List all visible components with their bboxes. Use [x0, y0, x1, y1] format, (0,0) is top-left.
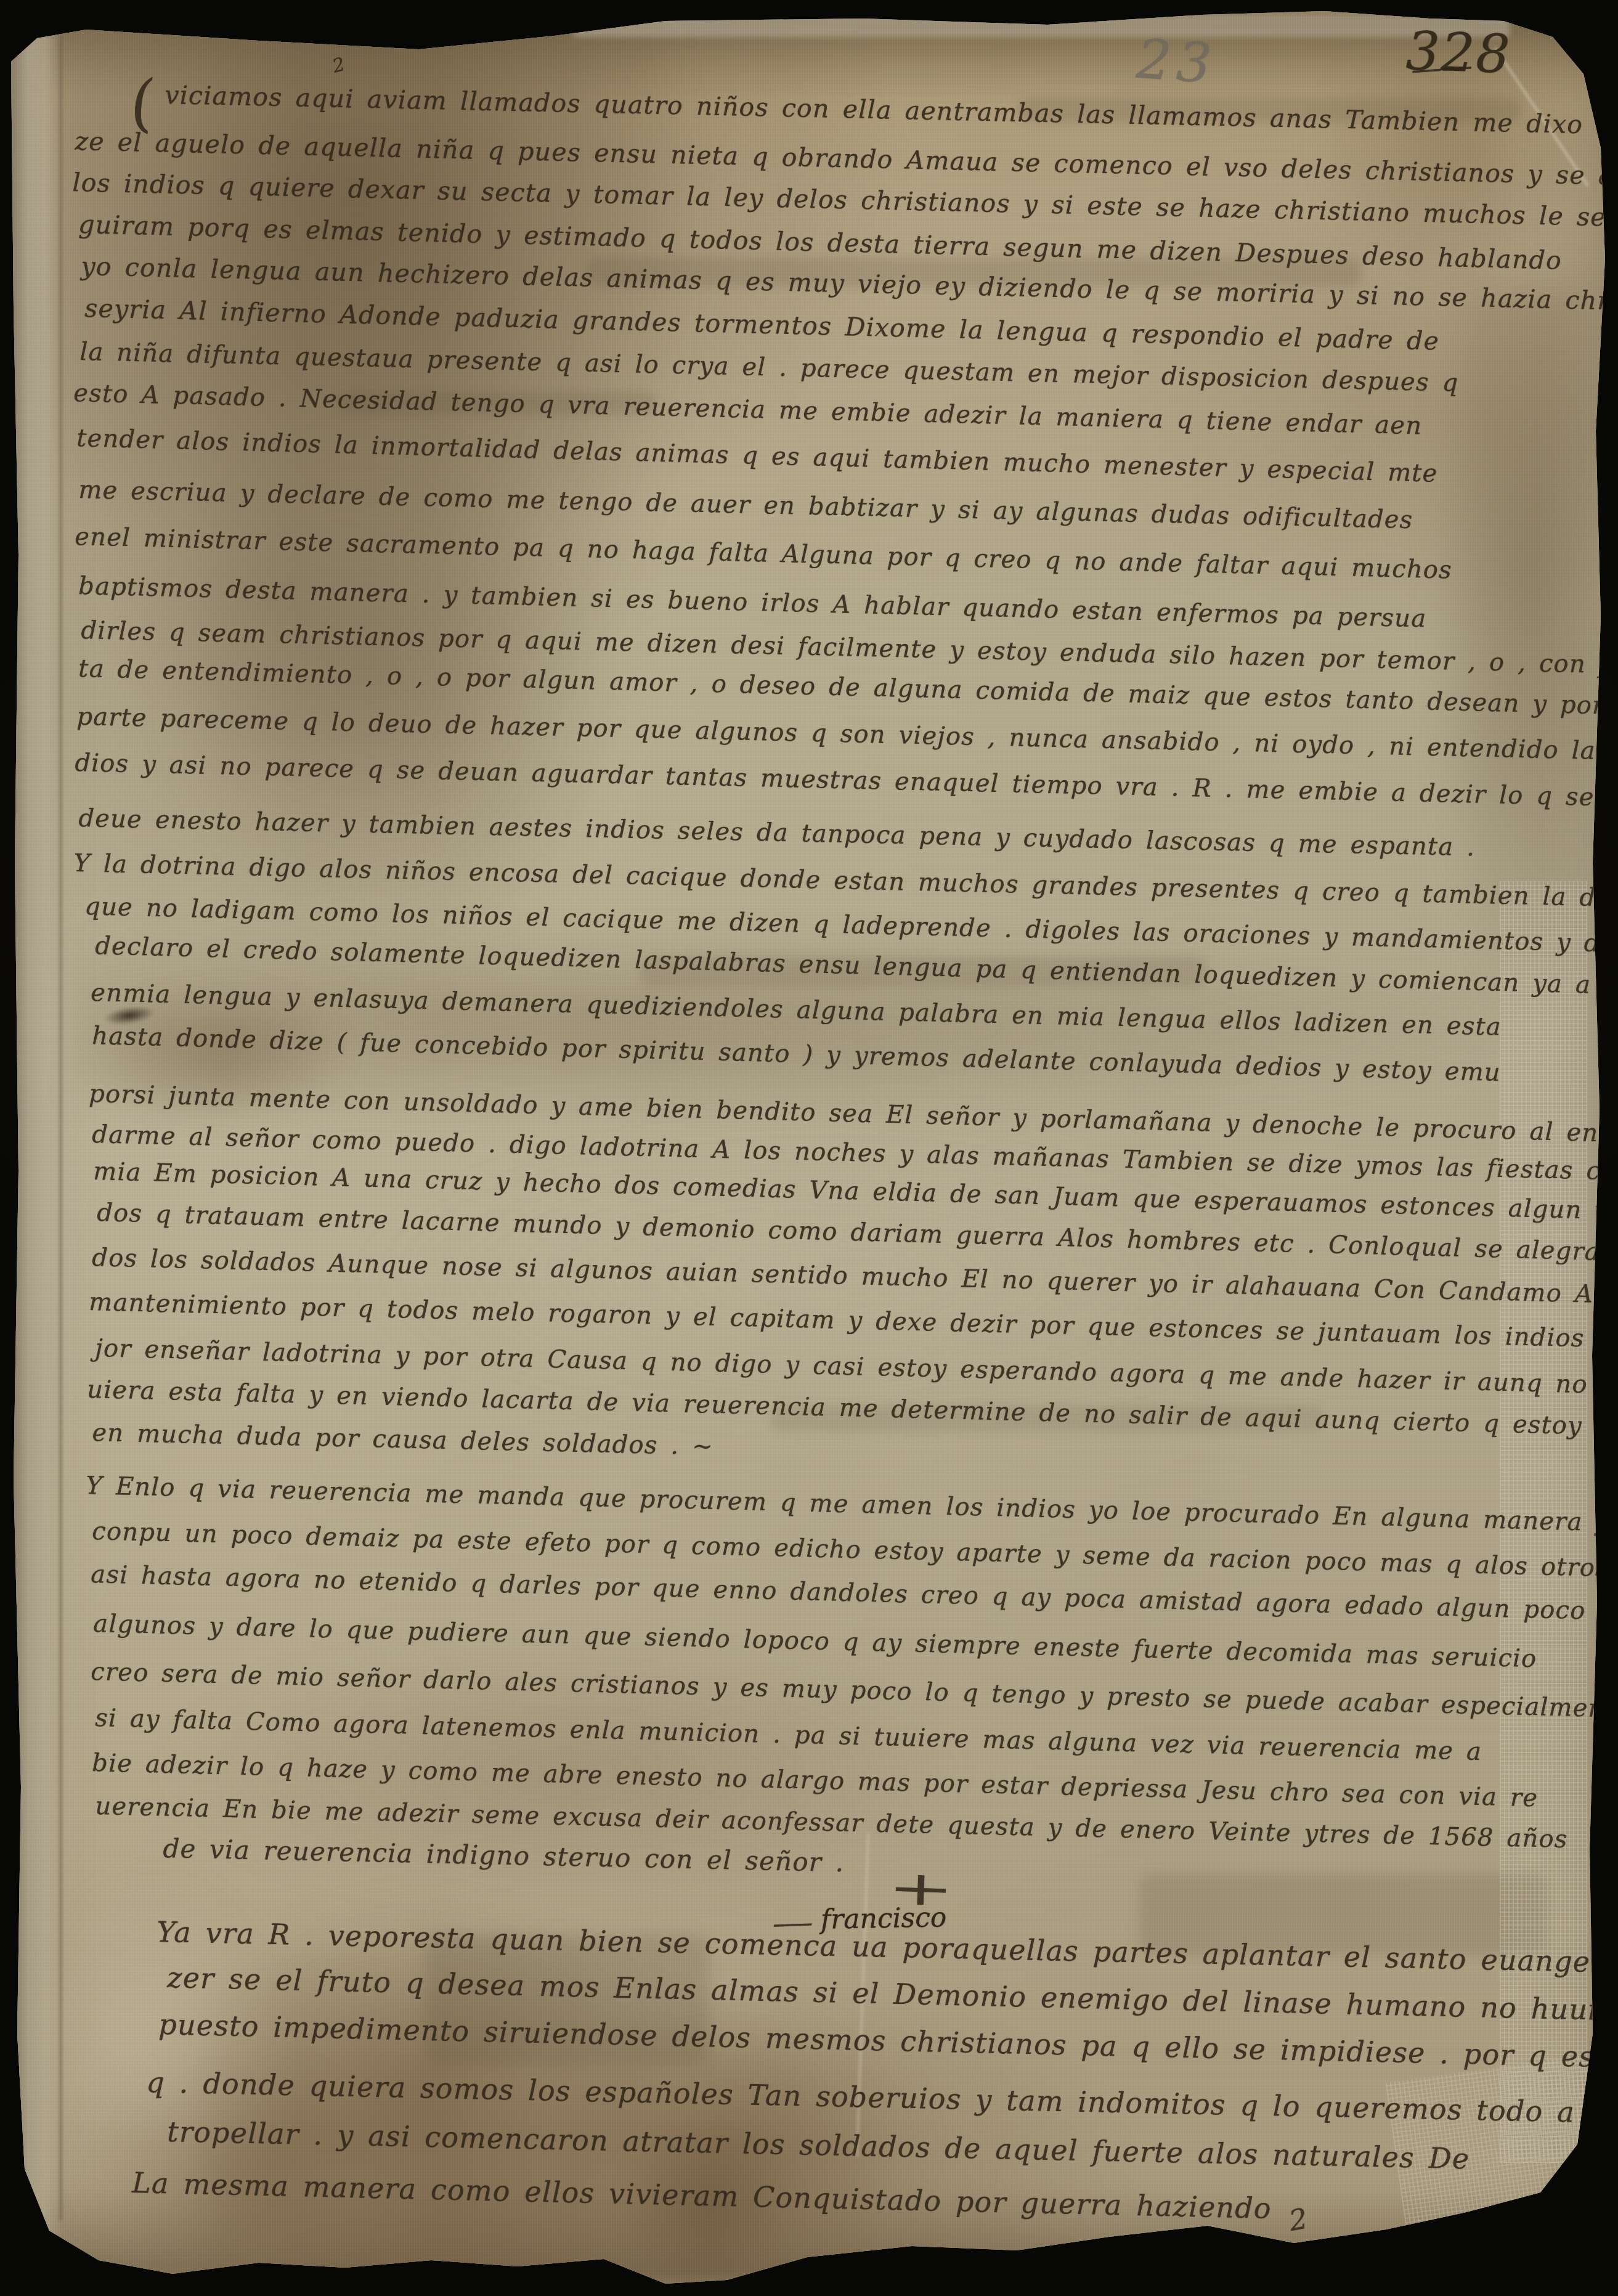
francisco-dash: —: [771, 1905, 814, 1941]
manuscript-line: en mucha duda por causa deles soldados .…: [92, 1419, 714, 1461]
text-layer: viciamos aqui aviam llamados quatro niño…: [0, 0, 1618, 2296]
tail-flourish: 2: [1287, 2202, 1310, 2237]
quire-mark: 2: [330, 54, 348, 78]
folio-ink-strike: ——: [1410, 47, 1474, 88]
manuscript-line: enel ministrar este sacramento pa q no h…: [75, 523, 1453, 585]
manuscript-line: deue enesto hazer y tambien aestes indio…: [78, 804, 1476, 861]
cross-mark: +: [887, 1860, 955, 1917]
manuscript-line: me escriua y declare de como me tengo de…: [78, 476, 1413, 534]
manuscript-line: de via reuerencia indigno steruo con el …: [163, 1833, 845, 1878]
manuscript-line: tropellar . y asi comencaron atratar los…: [167, 2115, 1470, 2175]
manuscript-line: La mesma manera como ellos vivieram Conq…: [132, 2166, 1272, 2225]
manuscript-page: 23 328 francisco viciamos aqui aviam lla…: [0, 0, 1618, 2296]
manuscript-scan: 23 328 francisco viciamos aqui aviam lla…: [0, 0, 1618, 2296]
